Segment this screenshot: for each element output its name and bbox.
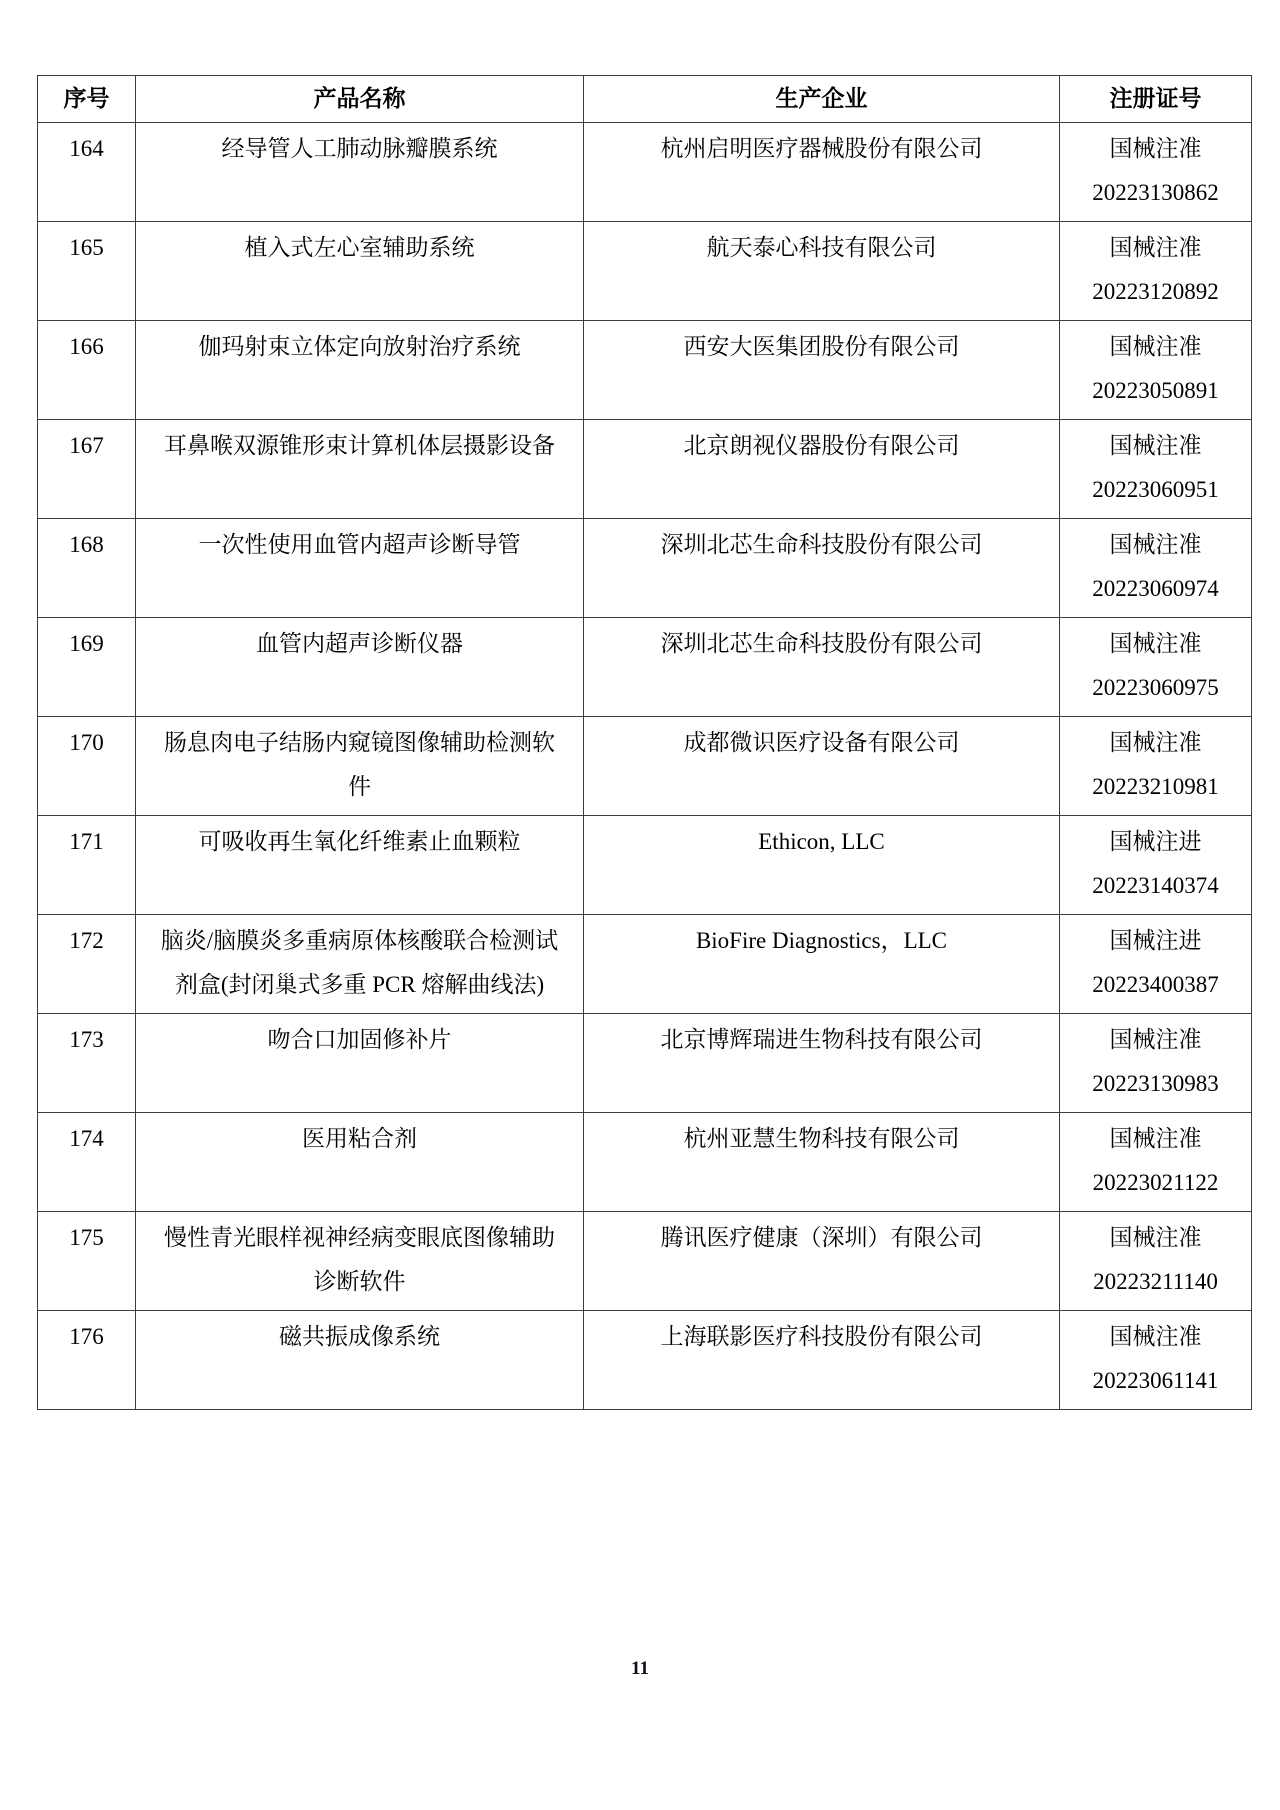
row-index-cell: 176 (38, 1311, 136, 1410)
cert-number: 20223050891 (1068, 369, 1243, 413)
table-row: 167 耳鼻喉双源锥形束计算机体层摄影设备 北京朗视仪器股份有限公司 国械注准 … (38, 420, 1252, 519)
cert-cell: 国械注进 20223140374 (1060, 816, 1252, 915)
product-name-cell: 肠息肉电子结肠内窥镜图像辅助检测软 件 (136, 717, 584, 816)
manufacturer-cell: 成都微识医疗设备有限公司 (584, 717, 1060, 816)
cert-type: 国械注准 (1068, 1216, 1243, 1260)
manufacturer-cell: 航天泰心科技有限公司 (584, 222, 1060, 321)
product-name-cell: 伽玛射束立体定向放射治疗系统 (136, 321, 584, 420)
cert-number: 20223060951 (1068, 468, 1243, 512)
col-header-product-name: 产品名称 (136, 76, 584, 123)
col-header-manufacturer: 生产企业 (584, 76, 1060, 123)
table-row: 172 脑炎/脑膜炎多重病原体核酸联合检测试 剂盒(封闭巢式多重 PCR 熔解曲… (38, 915, 1252, 1014)
product-name-cell: 经导管人工肺动脉瓣膜系统 (136, 123, 584, 222)
row-index-cell: 169 (38, 618, 136, 717)
manufacturer-cell: 深圳北芯生命科技股份有限公司 (584, 618, 1060, 717)
row-index-cell: 166 (38, 321, 136, 420)
cert-cell: 国械注准 20223060974 (1060, 519, 1252, 618)
table-row: 166 伽玛射束立体定向放射治疗系统 西安大医集团股份有限公司 国械注准 202… (38, 321, 1252, 420)
table-row: 176 磁共振成像系统 上海联影医疗科技股份有限公司 国械注准 20223061… (38, 1311, 1252, 1410)
manufacturer-cell: 西安大医集团股份有限公司 (584, 321, 1060, 420)
table-row: 174 医用粘合剂 杭州亚慧生物科技有限公司 国械注准 20223021122 (38, 1113, 1252, 1212)
table-body: 164 经导管人工肺动脉瓣膜系统 杭州启明医疗器械股份有限公司 国械注准 202… (38, 123, 1252, 1410)
table-row: 170 肠息肉电子结肠内窥镜图像辅助检测软 件 成都微识医疗设备有限公司 国械注… (38, 717, 1252, 816)
product-name-cell: 耳鼻喉双源锥形束计算机体层摄影设备 (136, 420, 584, 519)
cert-number: 20223060974 (1068, 567, 1243, 611)
cert-type: 国械注进 (1068, 820, 1243, 864)
row-index-cell: 164 (38, 123, 136, 222)
row-index-cell: 173 (38, 1014, 136, 1113)
manufacturer-cell: 北京朗视仪器股份有限公司 (584, 420, 1060, 519)
cert-type: 国械注准 (1068, 523, 1243, 567)
product-name-cell: 慢性青光眼样视神经病变眼底图像辅助 诊断软件 (136, 1212, 584, 1311)
manufacturer-cell: 北京博辉瑞进生物科技有限公司 (584, 1014, 1060, 1113)
cert-cell: 国械注进 20223400387 (1060, 915, 1252, 1014)
product-name-cell: 脑炎/脑膜炎多重病原体核酸联合检测试 剂盒(封闭巢式多重 PCR 熔解曲线法) (136, 915, 584, 1014)
manufacturer-cell: 上海联影医疗科技股份有限公司 (584, 1311, 1060, 1410)
cert-cell: 国械注准 20223060951 (1060, 420, 1252, 519)
cert-number: 20223130983 (1068, 1062, 1243, 1106)
cert-cell: 国械注准 20223120892 (1060, 222, 1252, 321)
cert-cell: 国械注准 20223021122 (1060, 1113, 1252, 1212)
product-name-cell: 血管内超声诊断仪器 (136, 618, 584, 717)
cert-cell: 国械注准 20223130983 (1060, 1014, 1252, 1113)
table-row: 171 可吸收再生氧化纤维素止血颗粒 Ethicon, LLC 国械注进 202… (38, 816, 1252, 915)
cert-number: 20223021122 (1068, 1161, 1243, 1205)
cert-cell: 国械注准 20223210981 (1060, 717, 1252, 816)
table-row: 169 血管内超声诊断仪器 深圳北芯生命科技股份有限公司 国械注准 202230… (38, 618, 1252, 717)
cert-type: 国械注准 (1068, 622, 1243, 666)
row-index-cell: 165 (38, 222, 136, 321)
manufacturer-cell: 杭州启明医疗器械股份有限公司 (584, 123, 1060, 222)
row-index-cell: 170 (38, 717, 136, 816)
cert-cell: 国械注准 20223061141 (1060, 1311, 1252, 1410)
cert-number: 20223140374 (1068, 864, 1243, 908)
cert-cell: 国械注准 20223050891 (1060, 321, 1252, 420)
cert-type: 国械注准 (1068, 721, 1243, 765)
product-name-cell: 吻合口加固修补片 (136, 1014, 584, 1113)
table-row: 173 吻合口加固修补片 北京博辉瑞进生物科技有限公司 国械注准 2022313… (38, 1014, 1252, 1113)
row-index-cell: 174 (38, 1113, 136, 1212)
registration-table: 序号 产品名称 生产企业 注册证号 164 经导管人工肺动脉瓣膜系统 杭州启明医… (37, 75, 1252, 1410)
table-row: 165 植入式左心室辅助系统 航天泰心科技有限公司 国械注准 202231208… (38, 222, 1252, 321)
col-header-index: 序号 (38, 76, 136, 123)
table-row: 164 经导管人工肺动脉瓣膜系统 杭州启明医疗器械股份有限公司 国械注准 202… (38, 123, 1252, 222)
cert-type: 国械注准 (1068, 325, 1243, 369)
cert-cell: 国械注准 20223130862 (1060, 123, 1252, 222)
table-header: 序号 产品名称 生产企业 注册证号 (38, 76, 1252, 123)
row-index-cell: 172 (38, 915, 136, 1014)
cert-type: 国械注准 (1068, 424, 1243, 468)
manufacturer-cell: 深圳北芯生命科技股份有限公司 (584, 519, 1060, 618)
cert-type: 国械注进 (1068, 919, 1243, 963)
page-number: 11 (0, 1658, 1280, 1680)
row-index-cell: 168 (38, 519, 136, 618)
manufacturer-cell: 杭州亚慧生物科技有限公司 (584, 1113, 1060, 1212)
cert-number: 20223120892 (1068, 270, 1243, 314)
header-row: 序号 产品名称 生产企业 注册证号 (38, 76, 1252, 123)
cert-number: 20223130862 (1068, 171, 1243, 215)
cert-type: 国械注准 (1068, 1315, 1243, 1359)
manufacturer-cell: BioFire Diagnostics，LLC (584, 915, 1060, 1014)
product-name-cell: 磁共振成像系统 (136, 1311, 584, 1410)
cert-type: 国械注准 (1068, 226, 1243, 270)
manufacturer-cell: Ethicon, LLC (584, 816, 1060, 915)
manufacturer-cell: 腾讯医疗健康（深圳）有限公司 (584, 1212, 1060, 1311)
table-row: 175 慢性青光眼样视神经病变眼底图像辅助 诊断软件 腾讯医疗健康（深圳）有限公… (38, 1212, 1252, 1311)
document-page: 序号 产品名称 生产企业 注册证号 164 经导管人工肺动脉瓣膜系统 杭州启明医… (0, 0, 1280, 1810)
product-name-cell: 医用粘合剂 (136, 1113, 584, 1212)
cert-number: 20223210981 (1068, 765, 1243, 809)
row-index-cell: 171 (38, 816, 136, 915)
product-name-cell: 植入式左心室辅助系统 (136, 222, 584, 321)
cert-number: 20223060975 (1068, 666, 1243, 710)
col-header-cert-number: 注册证号 (1060, 76, 1252, 123)
cert-number: 20223061141 (1068, 1359, 1243, 1403)
cert-type: 国械注准 (1068, 1117, 1243, 1161)
product-name-cell: 一次性使用血管内超声诊断导管 (136, 519, 584, 618)
cert-type: 国械注准 (1068, 127, 1243, 171)
cert-cell: 国械注准 20223211140 (1060, 1212, 1252, 1311)
table-row: 168 一次性使用血管内超声诊断导管 深圳北芯生命科技股份有限公司 国械注准 2… (38, 519, 1252, 618)
cert-number: 20223211140 (1068, 1260, 1243, 1304)
row-index-cell: 175 (38, 1212, 136, 1311)
cert-type: 国械注准 (1068, 1018, 1243, 1062)
row-index-cell: 167 (38, 420, 136, 519)
product-name-cell: 可吸收再生氧化纤维素止血颗粒 (136, 816, 584, 915)
cert-cell: 国械注准 20223060975 (1060, 618, 1252, 717)
cert-number: 20223400387 (1068, 963, 1243, 1007)
